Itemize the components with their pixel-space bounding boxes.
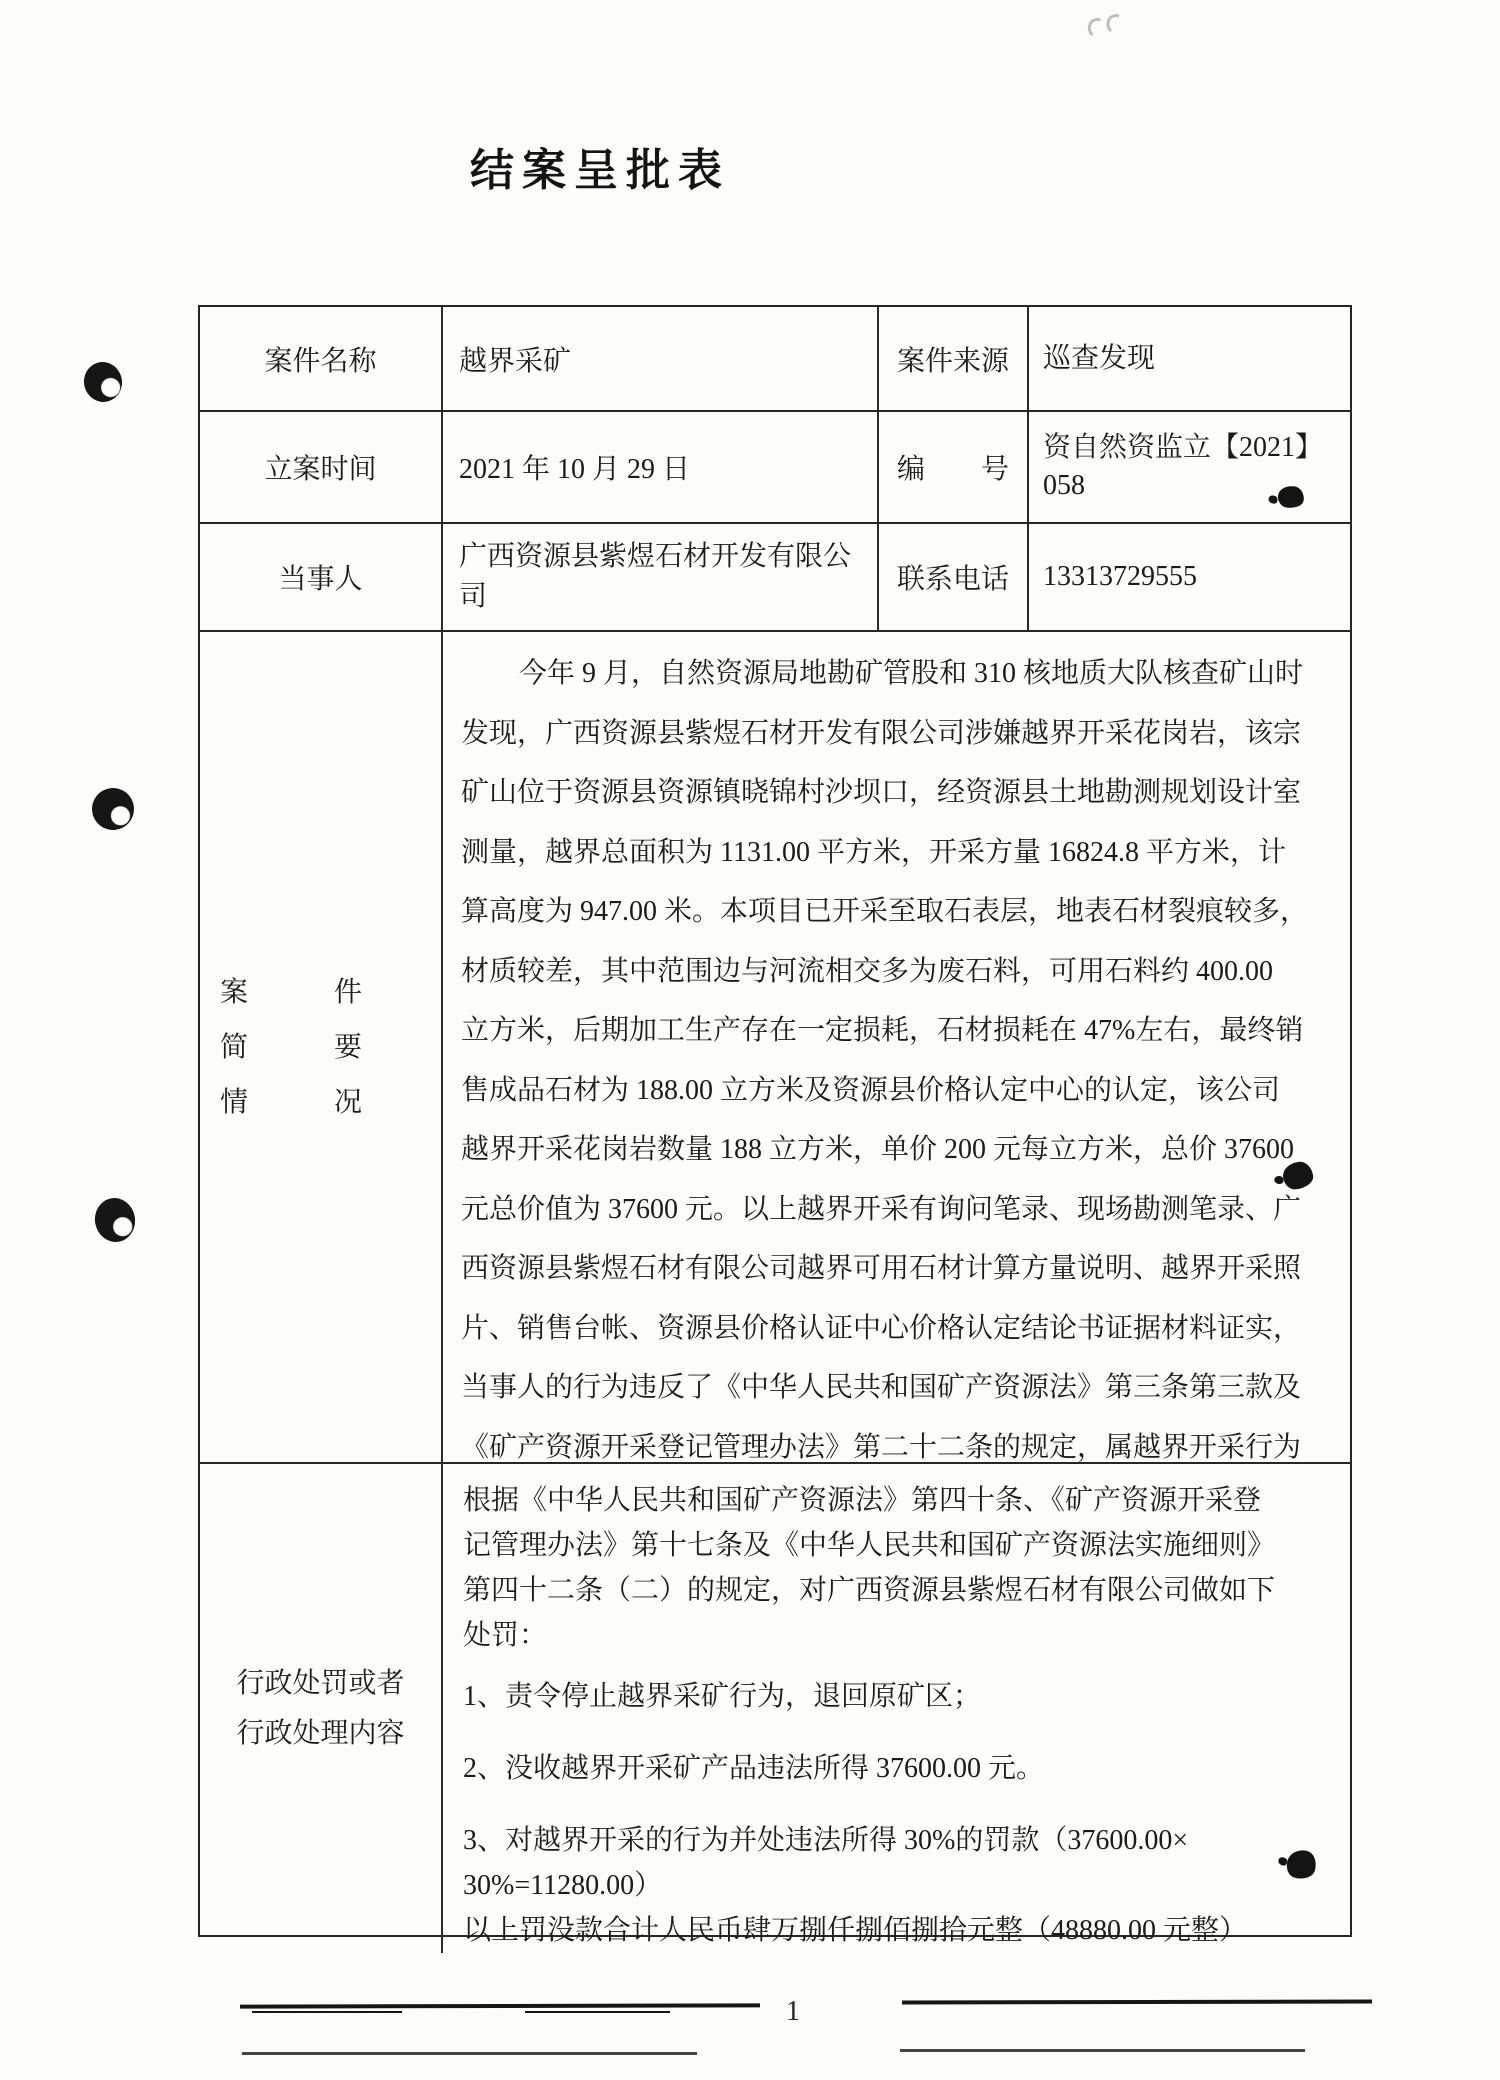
summary-line: 立方米，后期加工生产存在一定损耗，石材损耗在 47%左右，最终销 (461, 1001, 1344, 1061)
summary-line: 当事人的行为违反了《中华人民共和国矿产资源法》第三条第三款及 (461, 1358, 1344, 1418)
penalty-row: 行政处罚或者 行政处理内容 根据《中华人民共和国矿产资源法》第四十条、《矿产资源… (200, 1464, 1350, 1953)
penalty-line: 30%=11280.00） (463, 1863, 1344, 1908)
summary-line: 西资源县紫煜石材有限公司越界可用石材计算方量说明、越界开采照 (461, 1239, 1344, 1299)
summary-line: 矿山位于资源县资源镇晓锦村沙坝口，经资源县土地勘测规划设计室 (461, 763, 1344, 823)
phone-value: 13313729555 (1029, 524, 1350, 630)
page-number: 1 (786, 1996, 800, 2028)
penalty-line: 处罚： (463, 1613, 1344, 1658)
table-row: 立案时间 2021 年 10 月 29 日 编 号 资自然资监立【2021】05… (200, 412, 1350, 524)
scan-mark-left-3 (91, 1195, 138, 1245)
table-row: 当事人 广西资源县紫煜石材开发有限公司 联系电话 13313729555 (200, 524, 1350, 632)
document-title: 结案呈批表 (470, 134, 730, 198)
case-name-value: 越界采矿 (443, 307, 879, 410)
case-number-value: 资自然资监立【2021】058 (1029, 412, 1350, 522)
penalty-line: 1、责令停止越界采矿行为，退回原矿区； (463, 1674, 1344, 1719)
footer-rule-left-smudge (252, 2011, 402, 2013)
table-row: 案件名称 越界采矿 案件来源 巡查发现 (200, 307, 1350, 412)
scan-artifact-topright (1086, 12, 1128, 43)
label-line: 情 况 (220, 1075, 372, 1130)
summary-line: 算高度为 947.00 米。本项目已开采至取石表层，地表石材裂痕较多， (461, 882, 1344, 942)
case-source-value: 巡查发现 (1029, 307, 1350, 410)
summary-line: 售成品石材为 188.00 立方米及资源县价格认定中心的认定，该公司 (461, 1061, 1344, 1121)
footer-rule-right (902, 2000, 1372, 2005)
penalty-label: 行政处罚或者 行政处理内容 (200, 1464, 443, 1953)
label-line: 简 要 (220, 1020, 372, 1075)
footer-rule-left-smudge2 (525, 2011, 670, 2013)
case-closure-table: 案件名称 越界采矿 案件来源 巡查发现 立案时间 2021 年 10 月 29 … (198, 305, 1352, 1937)
filing-date-value: 2021 年 10 月 29 日 (443, 412, 879, 522)
summary-line: 今年 9 月，自然资源局地勘矿管股和 310 核地质大队核查矿山时 (461, 644, 1344, 704)
summary-line: 元总价值为 37600 元。以上越界开采有询问笔录、现场勘测笔录、广 (461, 1180, 1344, 1240)
footer-rule-lower-left (242, 2052, 697, 2055)
footer-rule-lower-right (900, 2049, 1305, 2052)
penalty-line: 2、没收越界开采矿产品违法所得 37600.00 元。 (463, 1746, 1344, 1791)
party-label: 当事人 (200, 524, 443, 630)
penalty-text: 根据《中华人民共和国矿产资源法》第四十条、《矿产资源开采登 记管理办法》第十七条… (443, 1464, 1350, 1953)
penalty-line: 记管理办法》第十七条及《中华人民共和国矿产资源法实施细则》 (463, 1523, 1344, 1568)
case-number-label: 编 号 (879, 412, 1029, 522)
filing-date-label: 立案时间 (200, 412, 443, 522)
summary-line: 发现，广西资源县紫煜石材开发有限公司涉嫌越界开采花岗岩，该宗 (461, 704, 1344, 764)
penalty-line: 第四十二条（二）的规定，对广西资源县紫煜石材有限公司做如下 (463, 1568, 1344, 1613)
penalty-line: 根据《中华人民共和国矿产资源法》第四十条、《矿产资源开采登 (463, 1478, 1344, 1523)
case-summary-label: 案 件 简 要 情 况 (200, 632, 443, 1462)
case-summary-row: 案 件 简 要 情 况 今年 9 月，自然资源局地勘矿管股和 310 核地质大队… (200, 632, 1350, 1464)
summary-line: 越界开采花岗岩数量 188 立方米，单价 200 元每立方米，总价 37600 (461, 1120, 1344, 1180)
label-line: 行政处理内容 (236, 1709, 404, 1759)
case-source-label: 案件来源 (879, 307, 1029, 410)
summary-line: 片、销售台帐、资源县价格认证中心价格认定结论书证据材料证实， (461, 1299, 1344, 1359)
scanned-document-page: { "page": { "title": "结案呈批表", "page_numb… (0, 0, 1500, 2080)
summary-line: 材质较差，其中范围边与河流相交多为废石料，可用石料约 400.00 (461, 942, 1344, 1002)
party-value: 广西资源县紫煜石材开发有限公司 (443, 524, 879, 630)
penalty-line: 3、对越界开采的行为并处违法所得 30%的罚款（37600.00× (463, 1818, 1344, 1863)
phone-label: 联系电话 (879, 524, 1029, 630)
penalty-line: 以上罚没款合计人民币肆万捌仟捌佰捌拾元整（48880.00 元整） (463, 1908, 1344, 1953)
scan-mark-left-2 (90, 786, 136, 832)
summary-line: 测量，越界总面积为 1131.00 平方米，开采方量 16824.8 平方米，计 (461, 823, 1344, 883)
footer-rule-left (240, 2003, 760, 2008)
label-line: 案 件 (220, 965, 372, 1020)
case-summary-text: 今年 9 月，自然资源局地勘矿管股和 310 核地质大队核查矿山时 发现，广西资… (443, 632, 1350, 1462)
scan-mark-left-1 (80, 358, 127, 406)
case-name-label: 案件名称 (200, 307, 443, 410)
label-line: 行政处罚或者 (236, 1659, 404, 1709)
